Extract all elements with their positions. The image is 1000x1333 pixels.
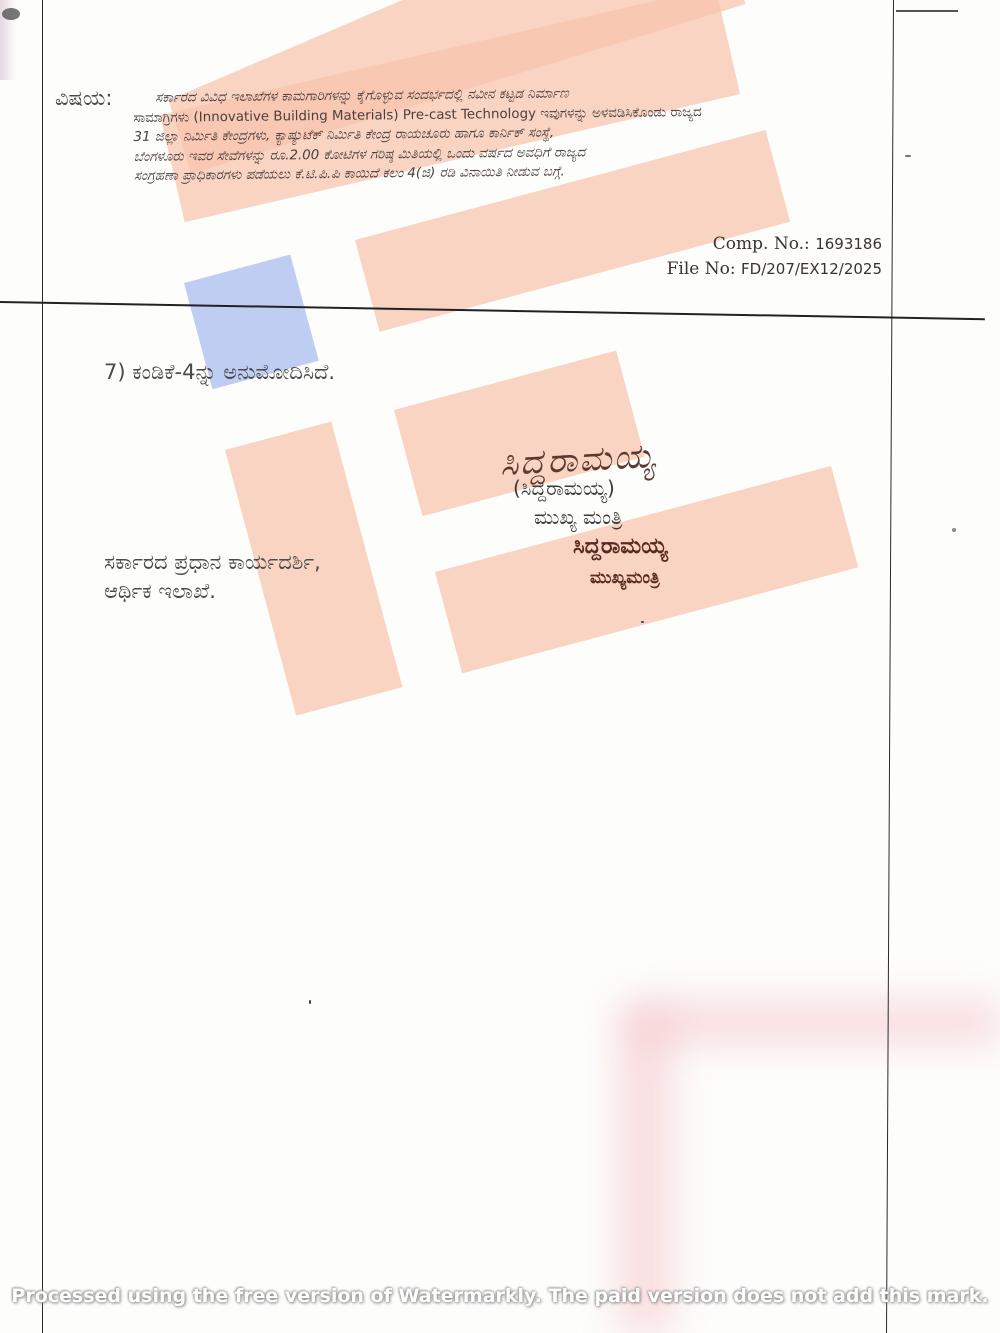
left-margin-line — [42, 0, 43, 1333]
addressee-line-2: ಆರ್ಥಿಕ ಇಲಾಖೆ. — [104, 577, 321, 606]
file-number-row: File No: FD/207/EX12/2025 — [667, 257, 882, 282]
comp-number-row: Comp. No.: 1693186 — [667, 232, 882, 257]
faded-watermark-corner — [630, 1000, 1000, 1045]
file-number-value: FD/207/EX12/2025 — [741, 260, 882, 278]
addressee-line-1: ಸರ್ಕಾರದ ಪ್ರಧಾನ ಕಾರ್ಯದರ್ಶಿ, — [104, 548, 321, 577]
right-margin-line — [886, 0, 894, 1333]
signatory-name: (ಸಿದ್ದರಾಮಯ್ಯ) — [513, 476, 615, 500]
comp-number-value: 1693186 — [815, 235, 882, 253]
signatory-title: ಮುಖ್ಯ ಮಂತ್ರಿ — [534, 505, 622, 529]
addressee: ಸರ್ಕಾರದ ಪ್ರಧಾನ ಕಾರ್ಯದರ್ಶಿ, ಆರ್ಥಿಕ ಇಲಾಖೆ. — [104, 548, 321, 606]
corner-punch-mark — [2, 8, 20, 20]
reference-numbers: Comp. No.: 1693186 File No: FD/207/EX12/… — [667, 232, 882, 282]
ink-speck — [309, 1000, 311, 1004]
ink-speck — [905, 155, 911, 157]
ink-dot — [641, 621, 644, 623]
corner-annotation — [896, 0, 958, 12]
comp-number-label: Comp. No.: — [713, 234, 810, 254]
paragraph-7: 7) ಕಂಡಿಕೆ-4ನ್ನು ಅನುಮೋದಿಸಿದೆ. — [104, 360, 335, 385]
section-divider — [0, 301, 985, 320]
subject-label: ವಿಷಯ: — [55, 86, 112, 111]
subject-body: ಸರ್ಕಾರದ ವಿವಿಧ ಇಲಾಖೆಗಳ ಕಾಮಗಾರಿಗಳನ್ನು ಕೈಗೊ… — [133, 81, 889, 186]
ink-speck — [952, 528, 956, 532]
stamp-name: ಸಿದ್ದರಾಮಯ್ಯ — [573, 534, 668, 559]
file-number-label: File No: — [667, 259, 736, 279]
stamp-title: ಮುಖ್ಯಮಂತ್ರಿ — [590, 568, 660, 588]
watermark-notice: Processed using the free version of Wate… — [0, 1285, 1000, 1307]
